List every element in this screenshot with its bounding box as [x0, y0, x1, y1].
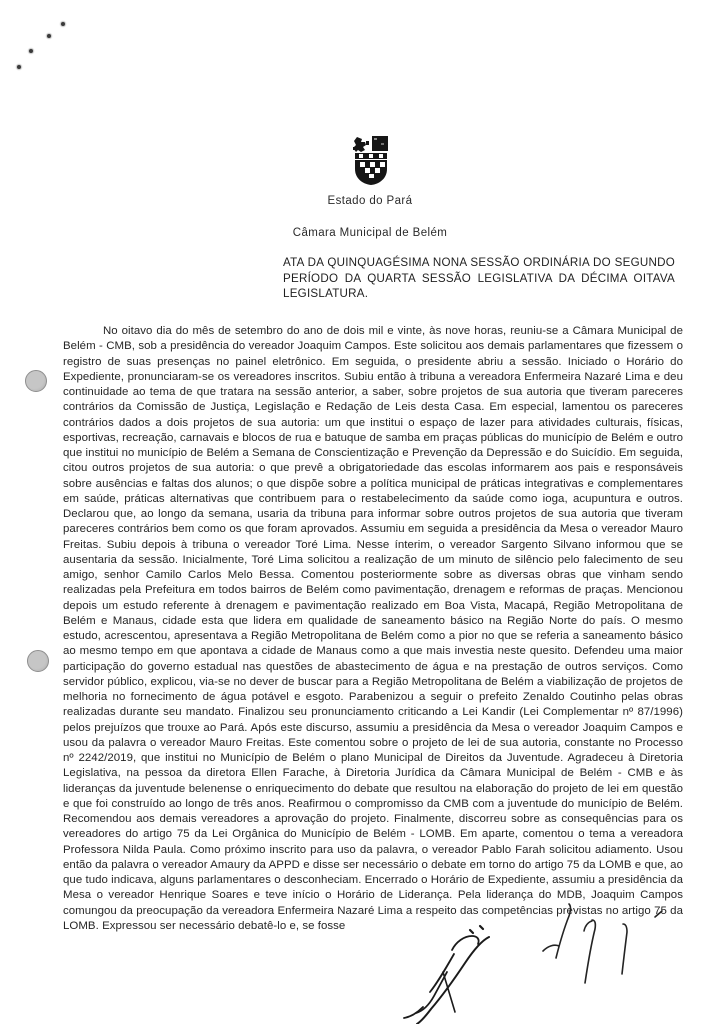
staple-dot-icon [17, 65, 21, 69]
header-institution-line: Câmara Municipal de Belém [170, 227, 570, 239]
staple-dot-icon [61, 22, 65, 26]
signature-left [404, 926, 489, 1024]
staple-dot-icon [47, 34, 51, 38]
header-state-line: Estado do Pará [170, 195, 570, 207]
minutes-body-paragraph: No oitavo dia do mês de setembro do ano … [63, 324, 683, 934]
staple-dot-icon [29, 49, 33, 53]
hole-punch [27, 650, 49, 672]
coat-of-arms-icon [348, 135, 394, 187]
hole-punch [25, 370, 47, 392]
session-title: ATA DA QUINQUAGÉSIMA NONA SESSÃO ORDINÁR… [283, 255, 675, 302]
scanned-document-page: Estado do Pará Câmara Municipal de Belém… [0, 0, 725, 1024]
